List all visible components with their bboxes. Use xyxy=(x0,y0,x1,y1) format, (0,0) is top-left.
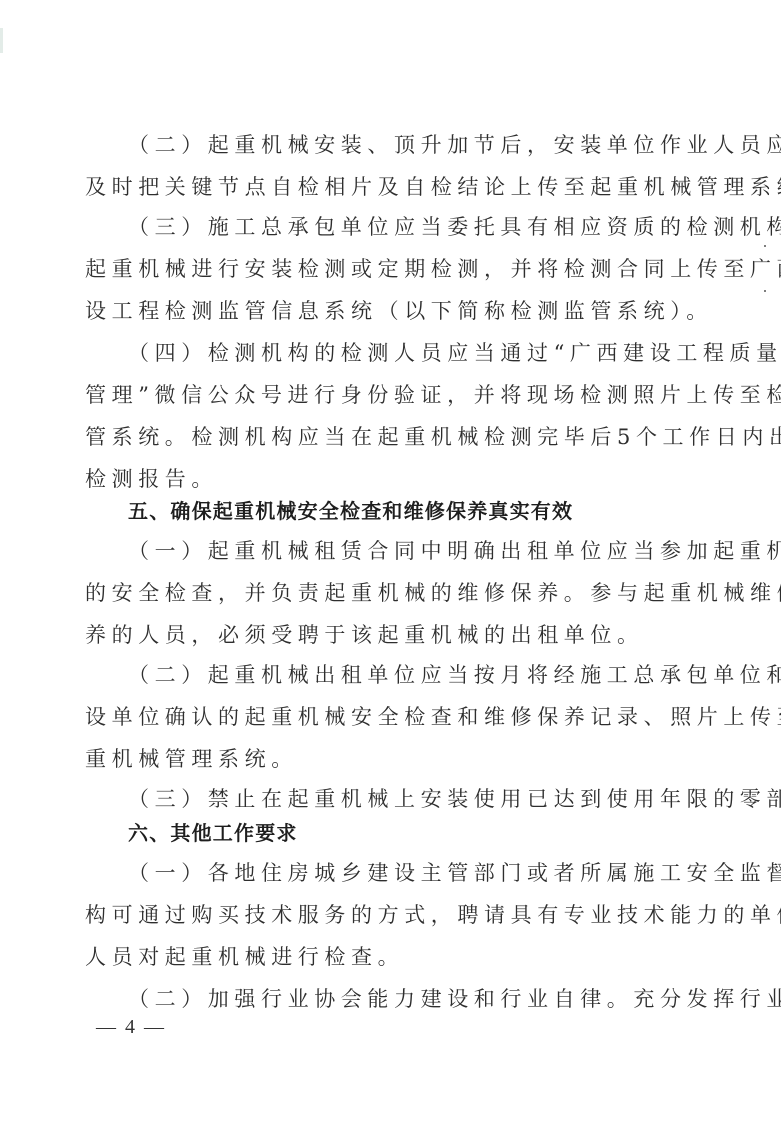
page-number: — 4 — xyxy=(96,1015,166,1039)
paragraph-line: （二）加强行业协会能力建设和行业自律。充分发挥行业协 xyxy=(128,986,705,1012)
paragraph-line: 管理”微信公众号进行身份验证，并将现场检测照片上传至检测监 xyxy=(85,382,705,408)
paragraph-line: （一）各地住房城乡建设主管部门或者所属施工安全监督机 xyxy=(128,860,705,886)
paragraph-line: （四）检测机构的检测人员应当通过“广西建设工程质量安全 xyxy=(128,340,705,366)
paragraph-line: 构可通过购买技术服务的方式，聘请具有专业技术能力的单位和 xyxy=(85,902,705,928)
paragraph-line: 起重机械进行安装检测或定期检测，并将检测合同上传至广西建 xyxy=(85,256,705,282)
paragraph-line: 检测报告。 xyxy=(85,466,705,492)
document-page: （二）起重机械安装、顶升加节后，安装单位作业人员应当 及时把关键节点自检相片及自… xyxy=(0,0,781,1127)
paragraph-line: 养的人员，必须受聘于该起重机械的出租单位。 xyxy=(85,622,705,648)
paragraph-line: （三）施工总承包单位应当委托具有相应资质的检测机构对 xyxy=(128,214,705,240)
scan-edge-artifact xyxy=(0,28,3,53)
paragraph-line: （二）起重机械安装、顶升加节后，安装单位作业人员应当 xyxy=(128,132,705,158)
paragraph-line: 设单位确认的起重机械安全检查和维修保养记录、照片上传至起 xyxy=(85,704,705,730)
paragraph-line: （三）禁止在起重机械上安装使用已达到使用年限的零部件。 xyxy=(128,786,705,812)
paragraph-line: 人员对起重机械进行检查。 xyxy=(85,944,705,970)
section-heading-5: 五、确保起重机械安全检查和维修保养真实有效 xyxy=(128,498,705,524)
scan-dot-artifact xyxy=(764,290,766,292)
paragraph-line: 管系统。检测机构应当在起重机械检测完毕后5个工作日内出具 xyxy=(85,424,705,450)
section-heading-6: 六、其他工作要求 xyxy=(128,820,705,846)
paragraph-line: （二）起重机械出租单位应当按月将经施工总承包单位和建 xyxy=(128,662,705,688)
paragraph-line: 及时把关键节点自检相片及自检结论上传至起重机械管理系统。 xyxy=(85,174,705,200)
paragraph-line: 重机械管理系统。 xyxy=(85,746,705,772)
paragraph-line: 的安全检查，并负责起重机械的维修保养。参与起重机械维修保 xyxy=(85,580,705,606)
paragraph-line: 设工程检测监管信息系统（以下简称检测监管系统）。 xyxy=(85,298,705,324)
scan-dot-artifact xyxy=(764,245,766,247)
paragraph-line: （一）起重机械租赁合同中明确出租单位应当参加起重机械 xyxy=(128,538,705,564)
